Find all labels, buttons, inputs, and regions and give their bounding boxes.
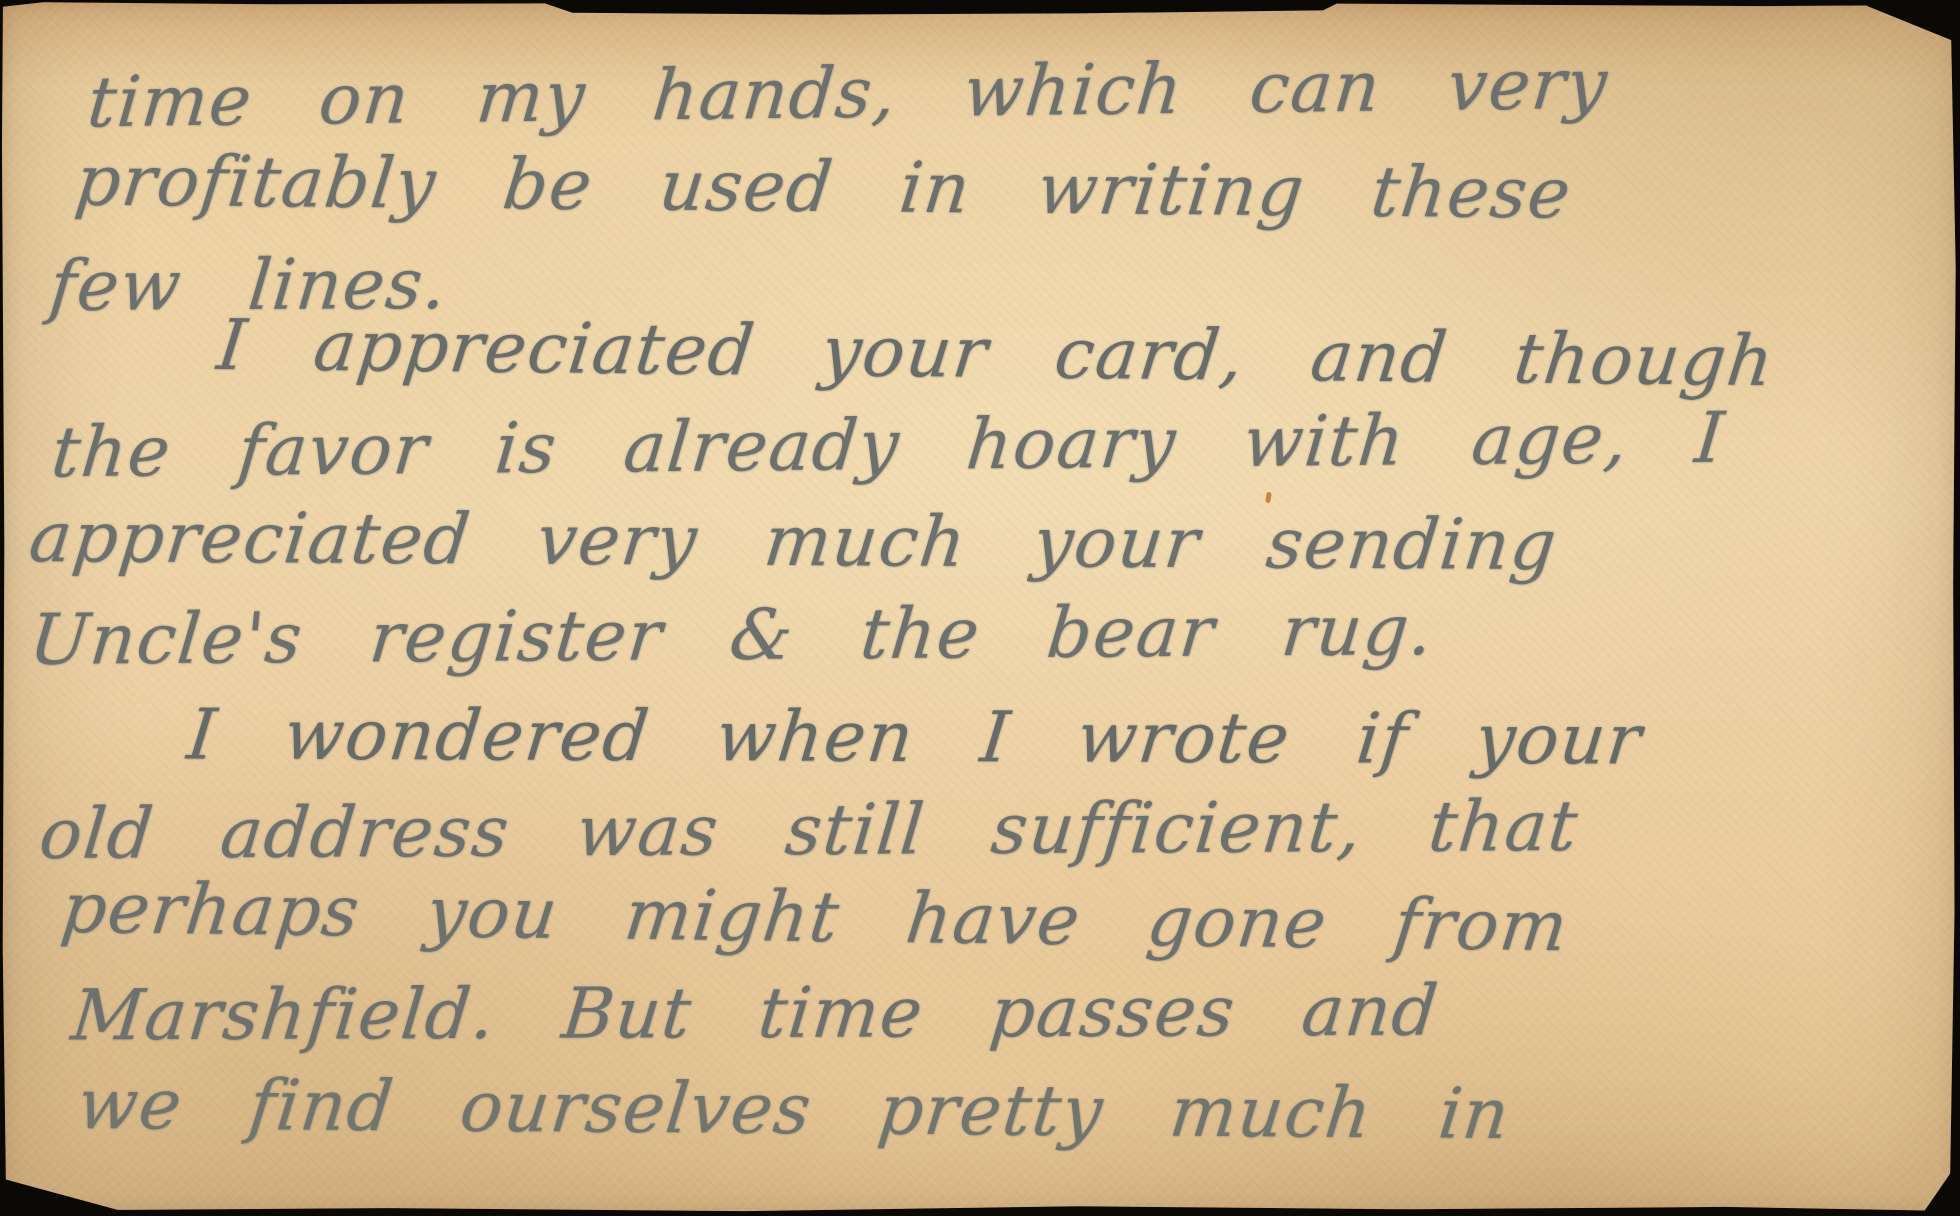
letter-page: time on my hands, which can very profita… [0,0,1960,1216]
handwriting-line-12: we find ourselves pretty much in [74,1069,1514,1149]
letter-scan: time on my hands, which can very profita… [0,0,1960,1216]
handwriting-line-1: time on my hands, which can very [85,49,1611,138]
handwriting-line-7: Uncle's register & the bear rug. [27,595,1437,675]
handwriting-line-11: Marshfield. But time passes and [68,976,1442,1051]
handwriting-line-5: the favor is already hoary with age, I [49,403,1728,488]
handwriting-line-6: appreciated very much your sending [26,502,1561,580]
handwriting-line-4: I appreciated your card, and though [214,310,1778,396]
handwriting-line-10: perhaps you might have gone from [58,873,1572,961]
handwriting-line-2: profitably be used in writing these [72,146,1575,229]
handwriting-line-8: I wondered when I wrote if your [184,699,1645,774]
handwriting-line-9: old address was still sufficient, that [37,791,1582,869]
